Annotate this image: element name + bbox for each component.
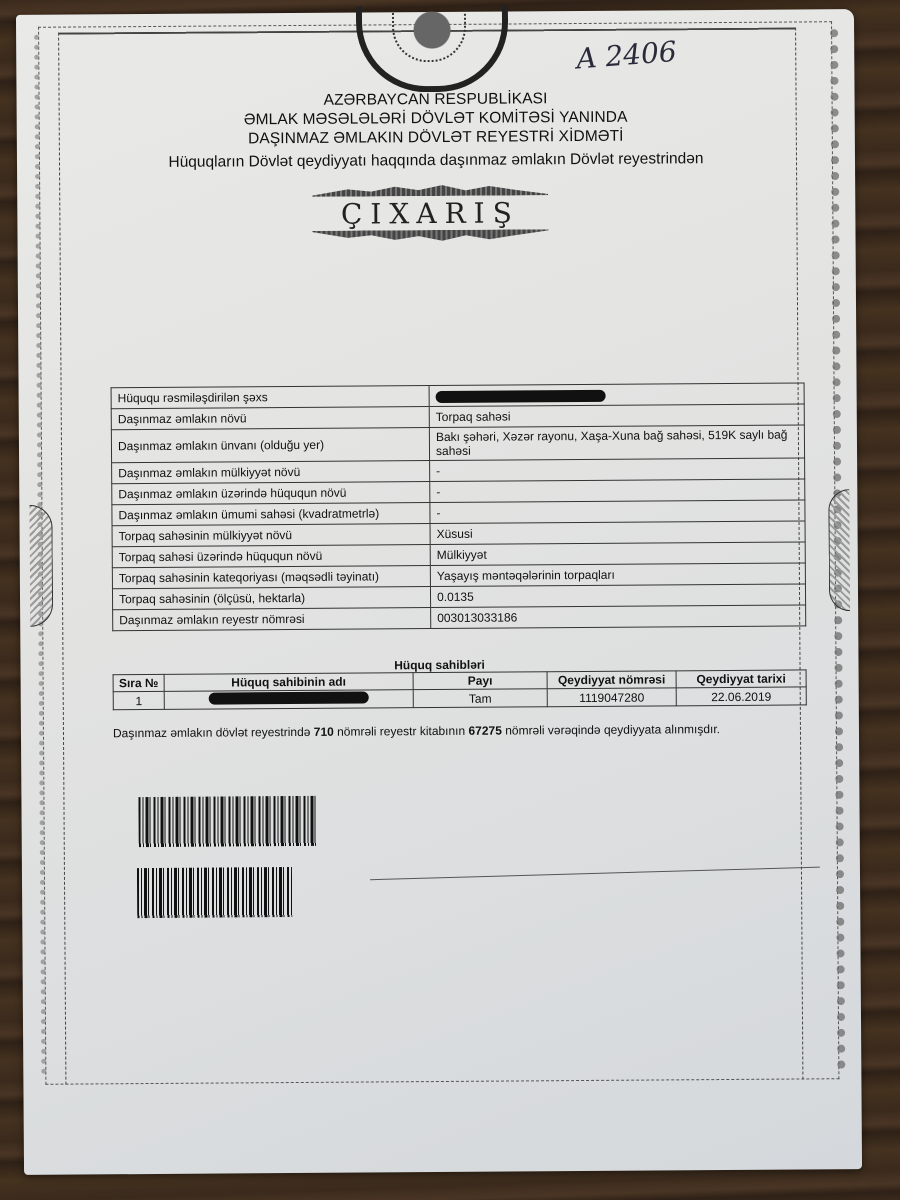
emblem-inner — [392, 10, 466, 63]
owners-col-reg-no: Qeydiyyat nömrəsi — [547, 671, 676, 689]
registry-text-part2: nömrəli reyestr kitabının — [334, 724, 469, 739]
owner-reg-date: 22.06.2019 — [676, 687, 806, 706]
side-ornament-right-icon — [828, 489, 850, 611]
info-value: 003013033186 — [431, 605, 806, 629]
info-value-redacted — [429, 383, 804, 407]
property-info-table: Hüququ rəsmiləşdirilən şəxsDaşınmaz əmla… — [111, 382, 807, 631]
info-label: Daşınmaz əmlakın üzərində hüququn növü — [112, 482, 430, 505]
info-value: - — [430, 458, 805, 482]
info-label: Torpaq sahəsinin (ölçüsü, hektarla) — [112, 587, 430, 610]
info-label: Daşınmaz əmlakın reyestr nömrəsi — [113, 608, 431, 631]
owners-table: Sıra № Hüquq sahibinin adı Payı Qeydiyya… — [113, 669, 807, 710]
info-value: Torpaq sahəsi — [429, 404, 804, 428]
owners-col-reg-date: Qeydiyyat tarixi — [676, 670, 806, 688]
barcode-icon — [137, 867, 292, 918]
info-label: Daşınmaz əmlakın ünvanı (olduğu yer) — [111, 428, 429, 463]
info-label: Daşınmaz əmlakın ümumi sahəsi (kvadratme… — [112, 503, 430, 526]
document-header: AZƏRBAYCAN RESPUBLİKASI ƏMLAK MƏSƏLƏLƏRİ… — [17, 87, 856, 173]
side-ornament-left-icon — [29, 505, 53, 627]
info-label: Torpaq sahəsi üzərində hüququn növü — [112, 545, 430, 568]
info-value: Bakı şəhəri, Xəzər rayonu, Xaşa-Xuna bağ… — [429, 425, 804, 461]
owner-reg-no: 1119047280 — [547, 688, 676, 707]
info-value: Xüsusi — [430, 521, 805, 545]
registry-text-part3: nömrəli vərəqində qeydiyyata alınmışdır. — [502, 722, 720, 738]
info-value: 0.0135 — [430, 584, 805, 608]
info-value: Yaşayış məntəqələrinin torpaqları — [430, 563, 805, 587]
redaction-mark — [436, 390, 606, 403]
owners-col-share: Payı — [413, 672, 547, 690]
registry-book-number: 710 — [314, 725, 334, 739]
document-title: ÇIXARIŞ — [312, 196, 548, 231]
info-value: Mülkiyyət — [430, 542, 805, 566]
owner-no: 1 — [113, 691, 164, 709]
owner-share: Tam — [413, 689, 547, 708]
redaction-mark — [209, 691, 369, 704]
info-label: Hüququ rəsmiləşdirilən şəxs — [111, 386, 429, 409]
owner-name-redacted — [164, 690, 413, 710]
info-label: Daşınmaz əmlakın növü — [111, 407, 429, 430]
owners-col-no: Sıra № — [113, 674, 164, 691]
title-block: ÇIXARIŞ — [312, 183, 548, 243]
info-label: Torpaq sahəsinin mülkiyyət növü — [112, 524, 430, 547]
table-row: Daşınmaz əmlakın ünvanı (olduğu yer)Bakı… — [111, 425, 804, 463]
barcode-icon — [138, 796, 316, 847]
info-label: Daşınmaz əmlakın mülkiyyət növü — [112, 461, 430, 484]
registry-page-number: 67275 — [468, 724, 501, 738]
info-label: Torpaq sahəsinin kateqoriyası (məqsədli … — [112, 566, 430, 589]
registry-text-part1: Daşınmaz əmlakın dövlət reyestrində — [113, 725, 314, 740]
owners-col-name: Hüquq sahibinin adı — [164, 673, 413, 692]
info-value: - — [430, 479, 805, 503]
title-ornament-bottom-icon — [312, 229, 548, 243]
title-ornament-top-icon — [312, 183, 548, 197]
document-paper: A 2406 AZƏRBAYCAN RESPUBLİKASI ƏMLAK MƏS… — [16, 9, 862, 1175]
info-value: - — [430, 500, 805, 524]
table-row: Daşınmaz əmlakın reyestr nömrəsi00301303… — [113, 605, 806, 631]
